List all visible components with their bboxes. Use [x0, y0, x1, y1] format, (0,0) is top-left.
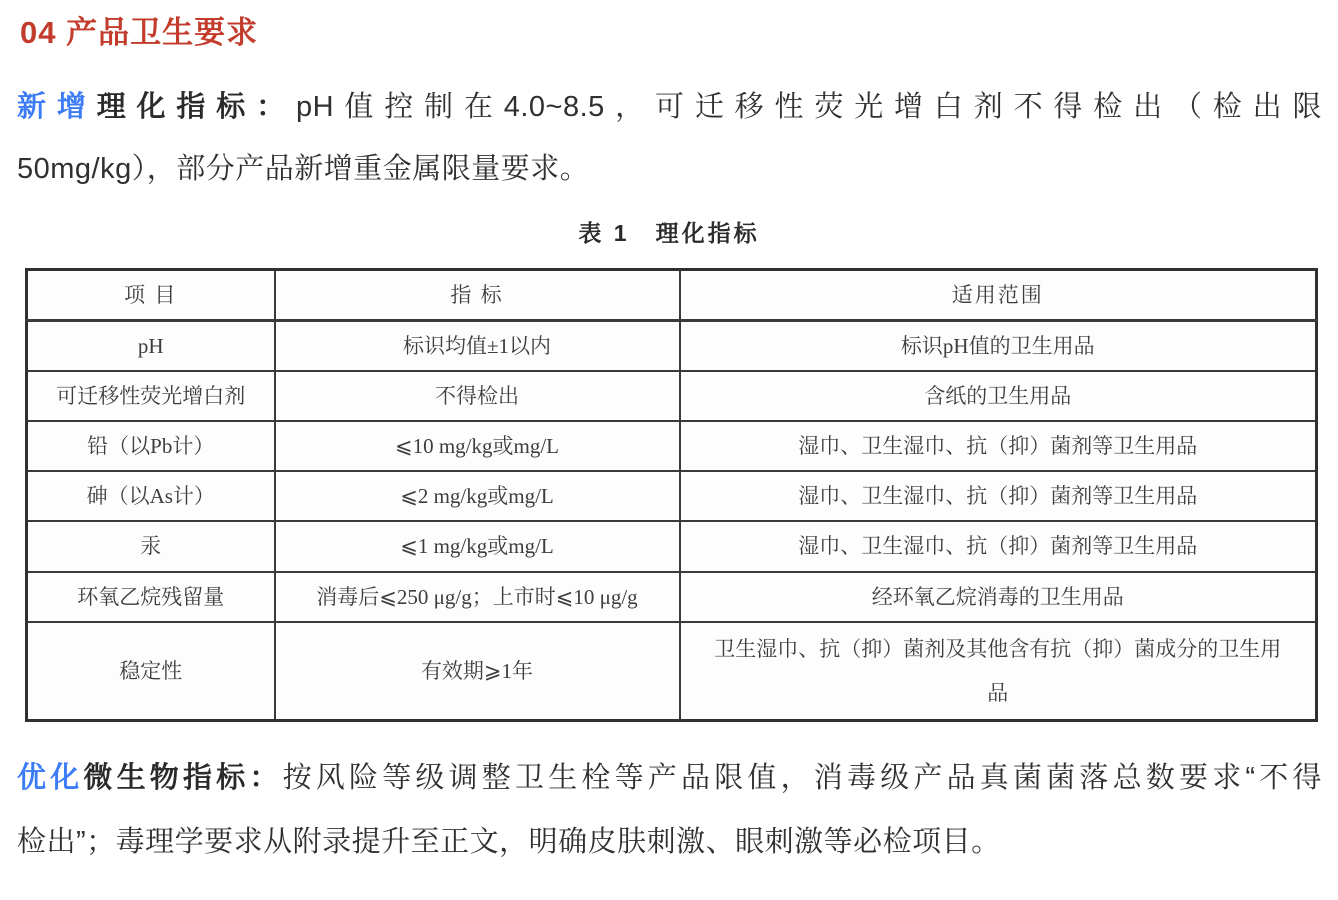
paragraph-line-1: 优化微生物指标：按风险等级调整卫生栓等产品限值，消毒级产品真菌菌落总数要求“不得: [17, 746, 1322, 810]
table-cell: 卫生湿巾、抗（抑）菌剂及其他含有抗（抑）菌成分的卫生用品: [680, 622, 1317, 721]
table-cell: ⩽2 mg/kg或mg/L: [275, 471, 680, 521]
table-cell: pH: [27, 321, 275, 372]
column-header: 适用范围: [680, 270, 1317, 321]
tag-optimize-badge: 优化: [17, 762, 83, 794]
paragraph-line-2: 检出”；毒理学要求从附录提升至正文，明确皮肤刺激、眼刺激等必检项目。: [17, 810, 1322, 874]
table-cell: 可迁移性荧光增白剂: [27, 371, 275, 421]
paragraph-text: 按风险等级调整卫生栓等产品限值，消毒级产品真菌菌落总数要求“不得: [283, 762, 1322, 794]
table-row: 环氧乙烷残留量消毒后⩽250 μg/g；上市时⩽10 μg/g经环氧乙烷消毒的卫…: [27, 572, 1317, 622]
table-row: 砷（以As计）⩽2 mg/kg或mg/L湿巾、卫生湿巾、抗（抑）菌剂等卫生用品: [27, 471, 1317, 521]
table-cell: 有效期⩾1年: [275, 622, 680, 721]
document-page: 04 产品卫生要求 新增理化指标：pH值控制在4.0~8.5，可迁移性荧光增白剂…: [0, 14, 1338, 900]
table-row: 铅（以Pb计）⩽10 mg/kg或mg/L湿巾、卫生湿巾、抗（抑）菌剂等卫生用品: [27, 421, 1317, 471]
table-cell: 湿巾、卫生湿巾、抗（抑）菌剂等卫生用品: [680, 521, 1317, 571]
table-cell: 湿巾、卫生湿巾、抗（抑）菌剂等卫生用品: [680, 471, 1317, 521]
table-cell: 湿巾、卫生湿巾、抗（抑）菌剂等卫生用品: [680, 421, 1317, 471]
table-head-row: 项 目指 标适用范围: [27, 270, 1317, 321]
paragraph-microbiological: 优化微生物指标：按风险等级调整卫生栓等产品限值，消毒级产品真菌菌落总数要求“不得…: [17, 746, 1322, 874]
paragraph-text: 50mg/kg），部分产品新增重金属限量要求。: [17, 153, 589, 185]
table-cell: 标识pH值的卫生用品: [680, 321, 1317, 372]
paragraph-line-1: 新增理化指标：pH值控制在4.0~8.5，可迁移性荧光增白剂不得检出（检出限: [17, 76, 1322, 138]
paragraph-text: 检出”；毒理学要求从附录提升至正文，明确皮肤刺激、眼刺激等必检项目。: [17, 826, 1001, 858]
physicochemical-indicators-table: 项 目指 标适用范围 pH标识均值±1以内标识pH值的卫生用品可迁移性荧光增白剂…: [25, 268, 1318, 722]
table-cell: 汞: [27, 521, 275, 571]
table-cell: ⩽1 mg/kg或mg/L: [275, 521, 680, 571]
table-cell: 不得检出: [275, 371, 680, 421]
tag-new-badge: 新增: [17, 91, 97, 123]
table-cell: 环氧乙烷残留量: [27, 572, 275, 622]
table-cell: 经环氧乙烷消毒的卫生用品: [680, 572, 1317, 622]
table-row: pH标识均值±1以内标识pH值的卫生用品: [27, 321, 1317, 372]
table-cell: 稳定性: [27, 622, 275, 721]
table-row: 可迁移性荧光增白剂不得检出含纸的卫生用品: [27, 371, 1317, 421]
paragraph-physicochemical: 新增理化指标：pH值控制在4.0~8.5，可迁移性荧光增白剂不得检出（检出限 5…: [17, 76, 1322, 200]
table-cell: 砷（以As计）: [27, 471, 275, 521]
table-cell: 消毒后⩽250 μg/g；上市时⩽10 μg/g: [275, 572, 680, 622]
column-header: 指 标: [275, 270, 680, 321]
table-cell: 标识均值±1以内: [275, 321, 680, 372]
table-caption: 表 1 理化指标: [0, 218, 1338, 248]
table-cell: ⩽10 mg/kg或mg/L: [275, 421, 680, 471]
paragraph-label: 理化指标：: [97, 91, 296, 123]
table-row: 稳定性有效期⩾1年卫生湿巾、抗（抑）菌剂及其他含有抗（抑）菌成分的卫生用品: [27, 622, 1317, 721]
section-heading: 04 产品卫生要求: [20, 14, 1318, 52]
table-row: 汞⩽1 mg/kg或mg/L湿巾、卫生湿巾、抗（抑）菌剂等卫生用品: [27, 521, 1317, 571]
table-cell: 含纸的卫生用品: [680, 371, 1317, 421]
table-cell: 铅（以Pb计）: [27, 421, 275, 471]
table-body: pH标识均值±1以内标识pH值的卫生用品可迁移性荧光增白剂不得检出含纸的卫生用品…: [27, 321, 1317, 721]
paragraph-label: 微生物指标：: [83, 762, 282, 794]
paragraph-line-2: 50mg/kg），部分产品新增重金属限量要求。: [17, 138, 1322, 200]
paragraph-text: pH值控制在4.0~8.5，可迁移性荧光增白剂不得检出（检出限: [296, 91, 1322, 123]
column-header: 项 目: [27, 270, 275, 321]
